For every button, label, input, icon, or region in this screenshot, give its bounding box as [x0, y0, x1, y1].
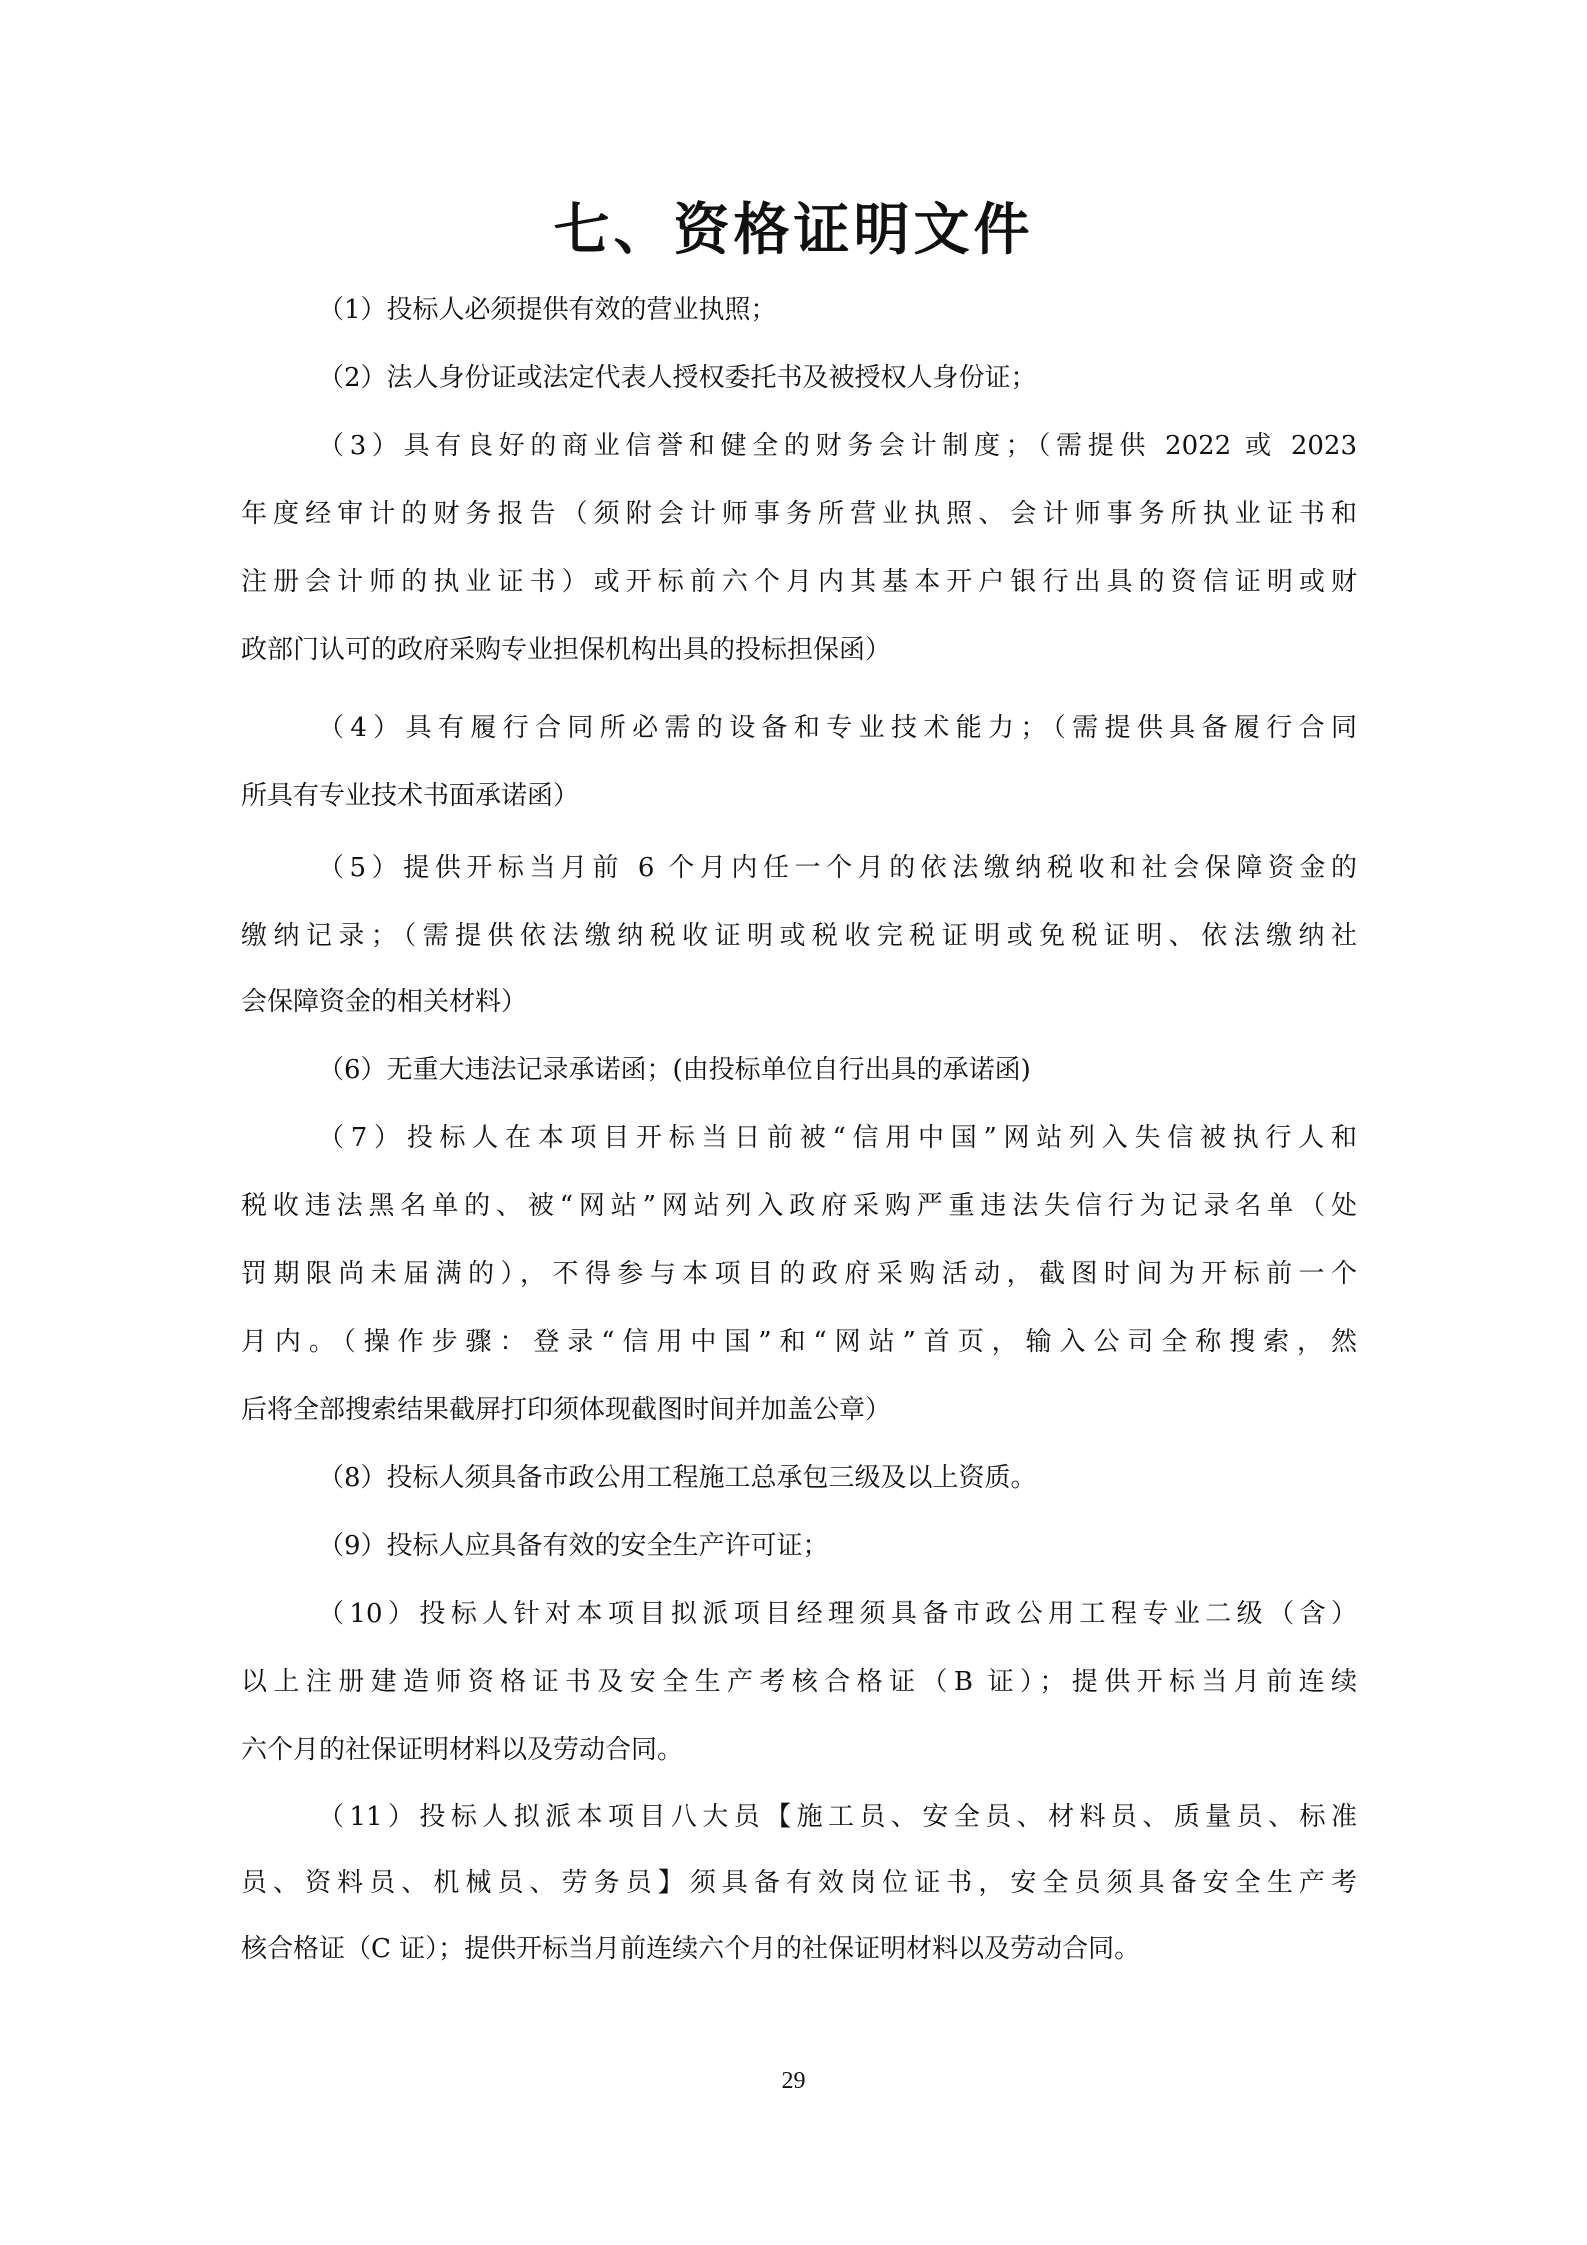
paragraph-9-line-1: （9）投标人应具备有效的安全生产许可证；: [318, 1529, 1357, 1563]
paragraph-7-line-2: 税收违法黑名单的、被“网站”网站列入政府采购严重违法失信行为记录名单（处: [241, 1189, 1357, 1223]
paragraph-3-line-3: 注册会计师的执业证书）或开标前六个月内其基本开户银行出具的资信证明或财: [241, 565, 1357, 599]
paragraph-4-line-2: 所具有专业技术书面承诺函）: [241, 779, 1357, 813]
paragraph-4-line-1: （4）具有履行合同所必需的设备和专业技术能力；（需提供具备履行合同: [318, 711, 1357, 745]
page-number: 29: [0, 2068, 1587, 2095]
page-title: 七、资格证明文件: [0, 196, 1587, 266]
paragraph-1-line-1: （1）投标人必须提供有效的营业执照；: [318, 293, 1357, 327]
paragraph-10-line-1: （10）投标人针对本项目拟派项目经理须具备市政公用工程专业二级（含）: [318, 1597, 1357, 1631]
paragraph-7-line-5: 后将全部搜索结果截屏打印须体现截图时间并加盖公章）: [241, 1393, 1357, 1427]
paragraph-7-line-1: （7）投标人在本项目开标当日前被“信用中国”网站列入失信被执行人和: [318, 1121, 1357, 1155]
paragraph-5-line-2: 缴纳记录；（需提供依法缴纳税收证明或税收完税证明或免税证明、依法缴纳社: [241, 919, 1357, 953]
paragraph-11-line-3: 核合格证（C 证）；提供开标当月前连续六个月的社保证明材料以及劳动合同。: [241, 1932, 1357, 1966]
paragraph-5-line-3: 会保障资金的相关材料）: [241, 985, 1357, 1019]
paragraph-11-line-2: 员、资料员、机械员、劳务员】须具备有效岗位证书，安全员须具备安全生产考: [241, 1866, 1357, 1900]
paragraph-8-line-1: （8）投标人须具备市政公用工程施工总承包三级及以上资质。: [318, 1461, 1357, 1495]
paragraph-10-line-2: 以上注册建造师资格证书及安全生产考核合格证（B 证）；提供开标当月前连续: [241, 1665, 1357, 1699]
paragraph-10-line-3: 六个月的社保证明材料以及劳动合同。: [241, 1733, 1357, 1767]
paragraph-6-line-1: （6）无重大违法记录承诺函；(由投标单位自行出具的承诺函): [318, 1053, 1357, 1087]
paragraph-11-line-1: （11）投标人拟派本项目八大员【施工员、安全员、材料员、质量员、标准: [318, 1800, 1357, 1834]
paragraph-3-line-4: 政部门认可的政府采购专业担保机构出具的投标担保函）: [241, 633, 1357, 667]
paragraph-3-line-1: （3）具有良好的商业信誉和健全的财务会计制度；（需提供 2022 或 2023: [318, 429, 1357, 463]
paragraph-7-line-3: 罚期限尚未届满的），不得参与本项目的政府采购活动，截图时间为开标前一个: [241, 1257, 1357, 1291]
paragraph-5-line-1: （5）提供开标当月前 6 个月内任一个月的依法缴纳税收和社会保障资金的: [318, 851, 1357, 885]
paragraph-7-line-4: 月内。（操作步骤：登录“信用中国”和“网站”首页，输入公司全称搜索，然: [241, 1325, 1357, 1359]
paragraph-3-line-2: 年度经审计的财务报告（须附会计师事务所营业执照、会计师事务所执业证书和: [241, 497, 1357, 531]
paragraph-2-line-1: （2）法人身份证或法定代表人授权委托书及被授权人身份证；: [318, 361, 1357, 395]
